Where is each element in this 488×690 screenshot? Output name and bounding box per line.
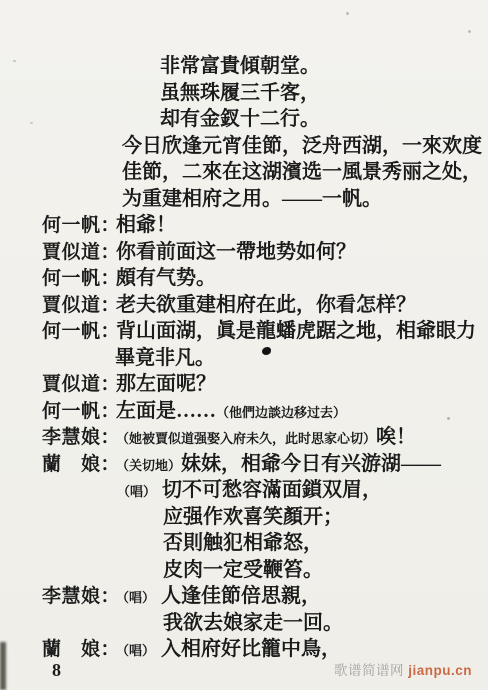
dialogue-line: 賈似道： 老夫欲重建相府在此，你看怎样？ — [0, 292, 488, 319]
sung-verse-line: 否則触犯相爺怒， — [0, 530, 488, 557]
speaker-name: 李慧娘： — [42, 584, 116, 611]
line-text: 为重建相府之用。——一帆。 — [122, 188, 382, 210]
prose-line: 佳節，二來在这湖濱选一風景秀丽之处， — [0, 159, 488, 186]
scan-speck — [30, 122, 33, 124]
line-text: 虽無珠履三千客， — [160, 82, 320, 104]
watermark-site-name: 歌谱简谱网 — [334, 663, 408, 678]
speaker-name: 蘭 娘： — [42, 452, 116, 479]
line-text: 相爺！ — [116, 212, 176, 239]
sung-verse-line: （唱） 切不可愁容滿面鎖双眉， — [0, 477, 488, 504]
scan-smudge — [0, 642, 6, 690]
dialogue-line: 賈似道： 那左面呢？ — [0, 371, 488, 398]
stage-direction: （她被賈似道强娶入府未久，此时思家心切） — [116, 426, 376, 453]
dialogue-line: 何一帆： 頗有气势。 — [0, 265, 488, 292]
speaker-name: 賈似道： — [42, 372, 116, 399]
dialogue-line: 賈似道： 你看前面这一帶地势如何？ — [0, 239, 488, 266]
line-text: 人逢佳節倍思親， — [161, 583, 321, 610]
stage-direction: （关切地） — [116, 453, 181, 480]
line-text: 佳節，二來在这湖濱选一風景秀丽之处， — [122, 161, 482, 183]
line-text: 却有金釵十二行。 — [160, 108, 320, 130]
watermark: 歌谱简谱网 jianpu.cn — [334, 659, 472, 679]
sung-verse-line: 我欲去娘家走一回。 — [0, 610, 488, 637]
stage-direction: （他們边談边移过去） — [216, 400, 346, 427]
line-text: 非常富貴傾朝堂。 — [160, 55, 320, 77]
line-text: 否則触犯相爺怒， — [163, 532, 323, 554]
prose-line: 为重建相府之用。——一帆。 — [0, 186, 488, 213]
scanned-script-page: 非常富貴傾朝堂。 虽無珠履三千客， 却有金釵十二行。 今日欣逢元宵佳節，泛舟西湖… — [0, 0, 488, 690]
line-text: 应强作欢喜笑顏开； — [163, 506, 343, 528]
dialogue-line: 李慧娘： （她被賈似道强娶入府未久，此时思家心切） 唉！ — [0, 424, 488, 451]
sing-marker: （唱） — [116, 585, 161, 612]
dialogue-line: 何一帆： 相爺！ — [0, 212, 488, 239]
verse-line: 却有金釵十二行。 — [0, 106, 488, 133]
scan-speck — [447, 417, 450, 420]
line-text: 畢竟非凡。 — [115, 347, 215, 369]
watermark-url: jianpu.cn — [408, 663, 472, 678]
prose-line: 今日欣逢元宵佳節，泛舟西湖，一來欢度 — [0, 133, 488, 160]
dialogue-continuation-line: 畢竟非凡。 — [0, 345, 488, 372]
line-text: 切不可愁容滿面鎖双眉， — [162, 477, 382, 504]
dialogue-line: 蘭 娘： （关切地） 妹妹，相爺今日有兴游湖—— — [0, 451, 488, 478]
speaker-name: 何一帆： — [42, 319, 116, 346]
line-text: 皮肉一定受鞭笞。 — [163, 559, 323, 581]
line-text: 左面是…… — [116, 398, 216, 425]
dialogue-line: 何一帆： 左面是…… （他們边談边移过去） — [0, 398, 488, 425]
sung-verse-line: 皮肉一定受鞭笞。 — [0, 557, 488, 584]
scan-speck — [468, 30, 471, 33]
line-text: 老夫欲重建相府在此，你看怎样？ — [116, 292, 416, 319]
line-text: 頗有气势。 — [116, 265, 216, 292]
line-text: 妹妹，相爺今日有兴游湖—— — [181, 451, 441, 478]
scan-speck — [13, 60, 16, 62]
line-text: 入相府好比籠中鳥， — [161, 636, 341, 663]
script-text-block: 非常富貴傾朝堂。 虽無珠履三千客， 却有金釵十二行。 今日欣逢元宵佳節，泛舟西湖… — [0, 53, 488, 663]
line-text: 今日欣逢元宵佳節，泛舟西湖，一來欢度 — [122, 135, 482, 157]
scan-speck — [346, 12, 349, 15]
speaker-name: 何一帆： — [42, 213, 116, 240]
dialogue-line: 李慧娘： （唱） 人逢佳節倍思親， — [0, 583, 488, 610]
verse-line: 虽無珠履三千客， — [0, 80, 488, 107]
speaker-name: 何一帆： — [42, 399, 116, 426]
line-text: 我欲去娘家走一回。 — [163, 612, 343, 634]
speaker-name: 李慧娘： — [42, 425, 116, 452]
page-number: 8 — [52, 660, 61, 681]
line-text: 那左面呢？ — [116, 371, 216, 398]
sing-marker: （唱） — [116, 638, 161, 665]
speaker-name: 賈似道： — [42, 240, 116, 267]
sung-verse-line: 应强作欢喜笑顏开； — [0, 504, 488, 531]
line-text: 背山面湖，眞是龍蟠虎踞之地，相爺眼力 — [116, 318, 476, 345]
verse-line: 非常富貴傾朝堂。 — [0, 53, 488, 80]
line-text: 唉！ — [376, 424, 416, 451]
sing-marker: （唱） — [117, 479, 162, 506]
speaker-name: 何一帆： — [42, 266, 116, 293]
line-text: 你看前面这一帶地势如何？ — [116, 239, 356, 266]
speaker-name: 賈似道： — [42, 293, 116, 320]
dialogue-line: 何一帆： 背山面湖，眞是龍蟠虎踞之地，相爺眼力 — [0, 318, 488, 345]
